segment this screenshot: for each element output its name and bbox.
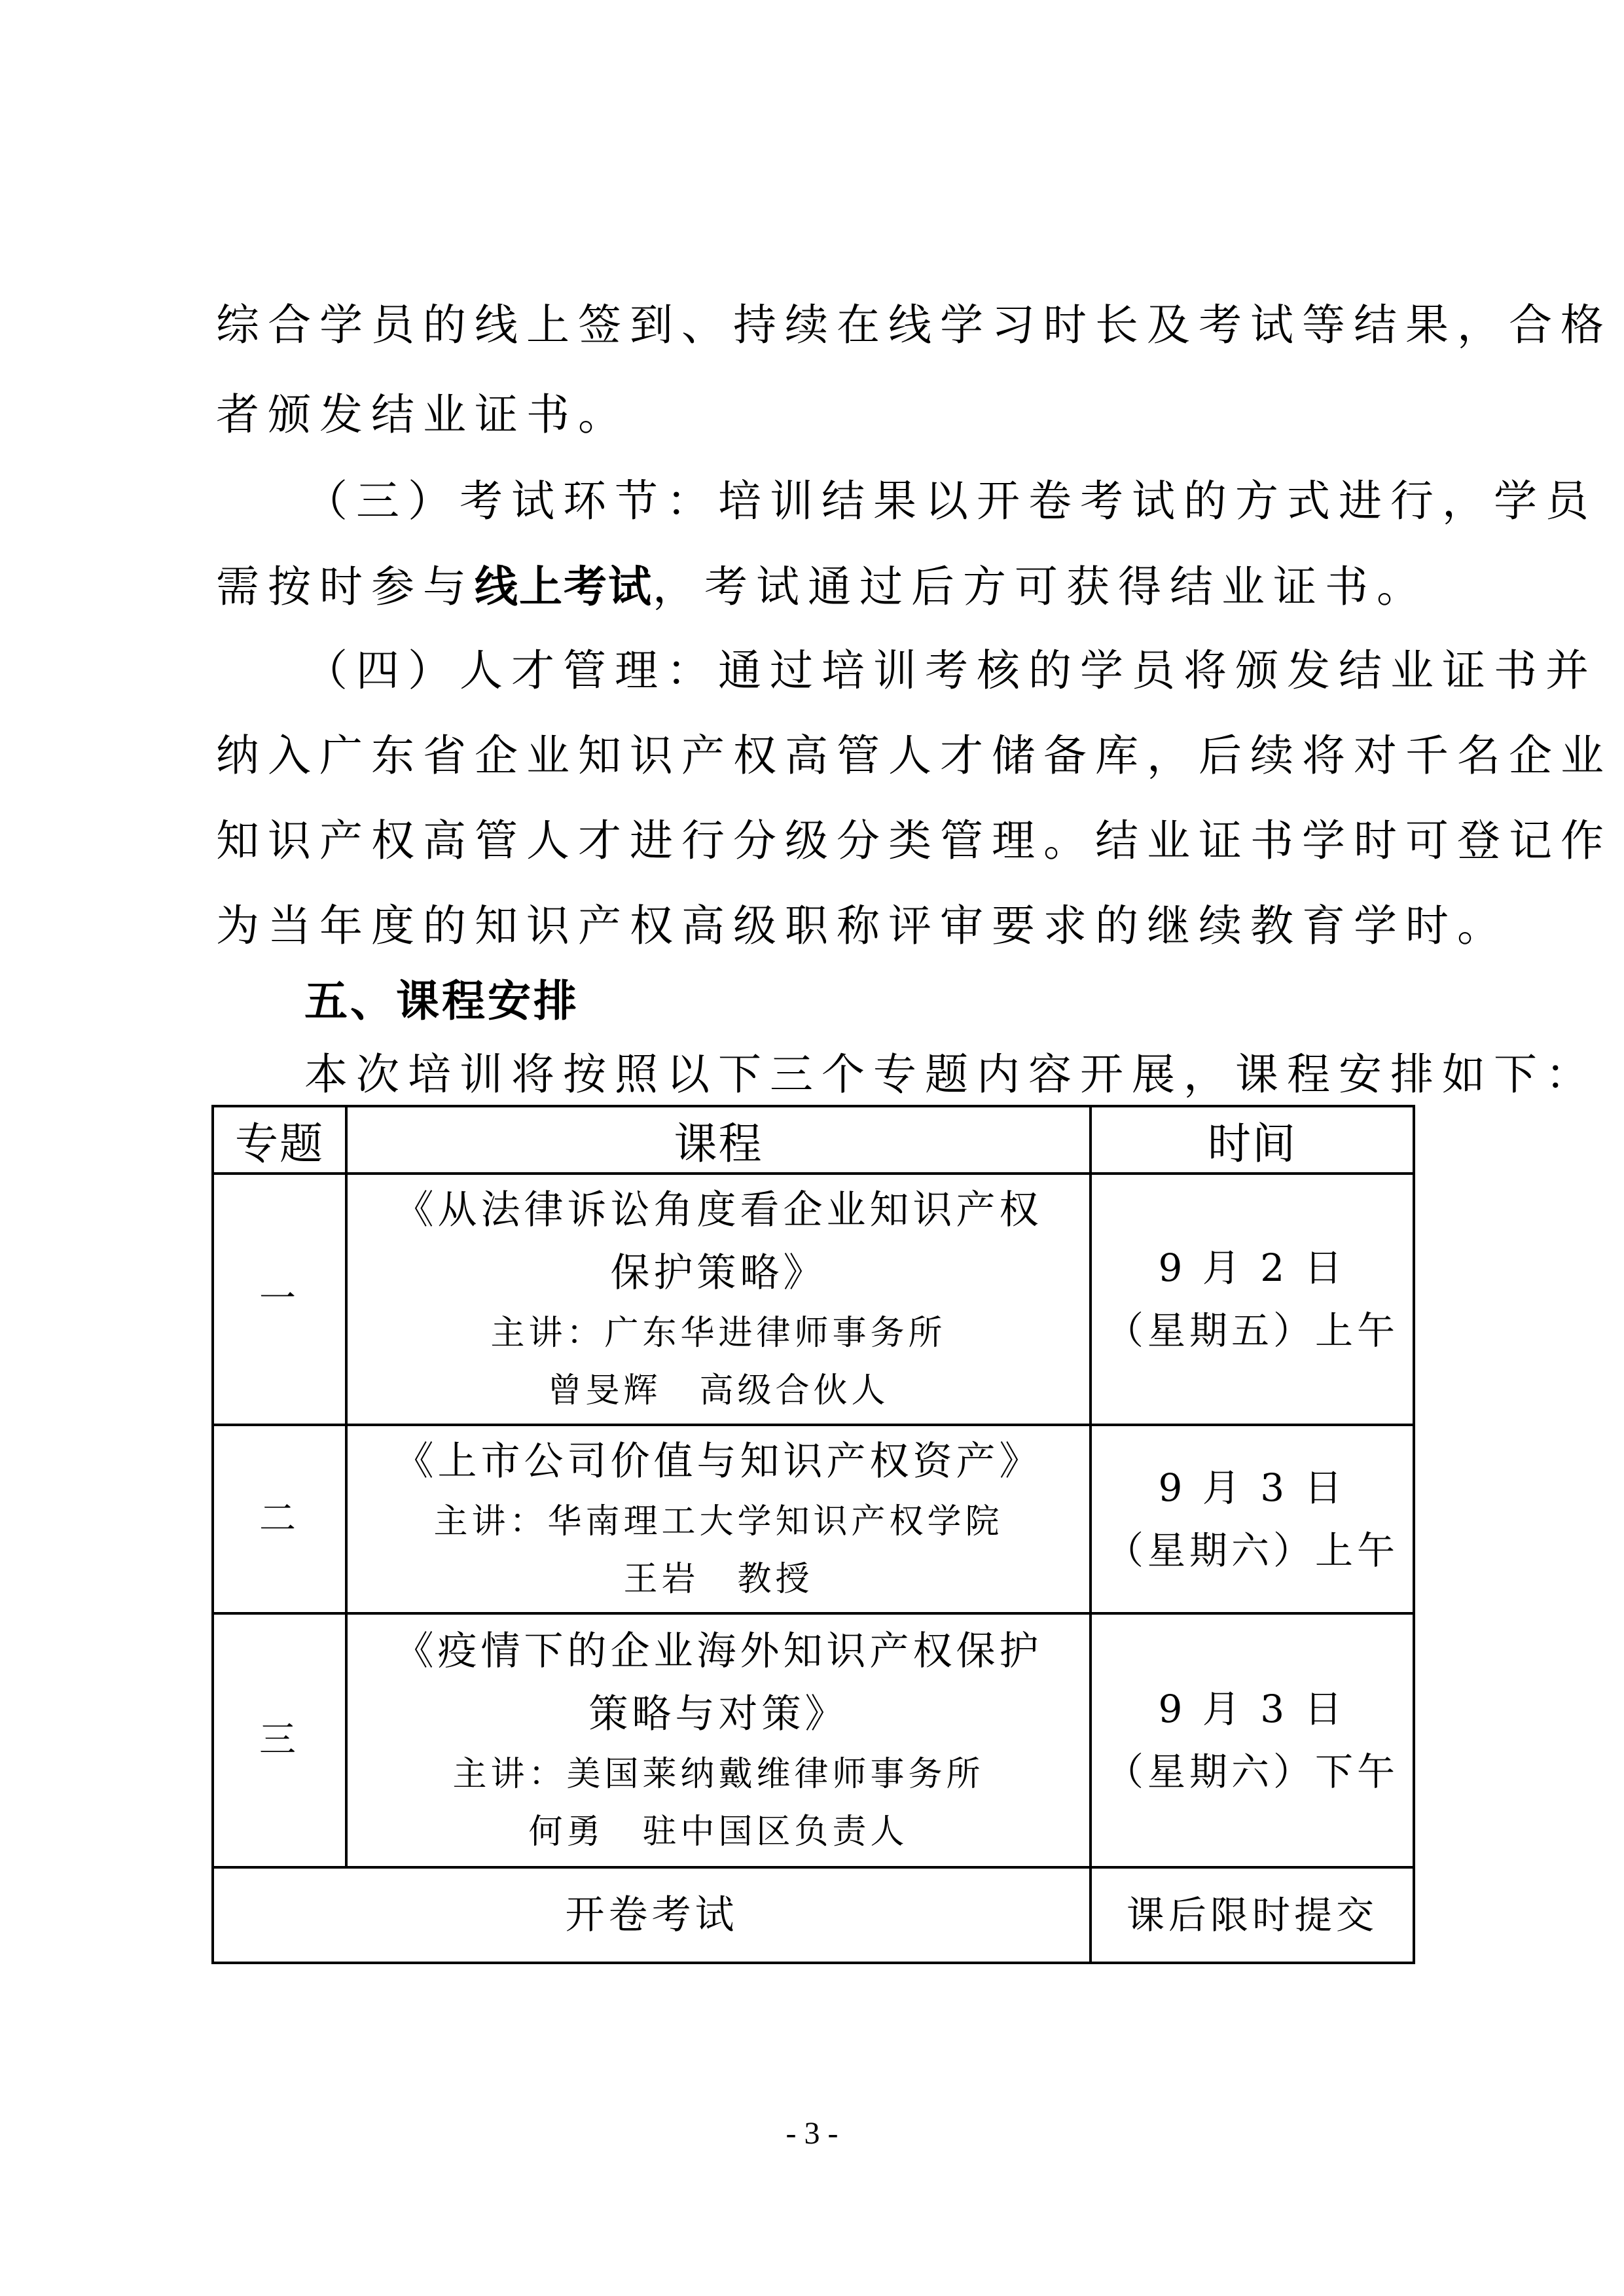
paragraph-line: 纳入广东省企业知识产权高管人才储备库，后续将对千名企业: [216, 730, 1612, 782]
time-cell: 9 月 2 日 （星期五）上午: [1091, 1174, 1414, 1425]
time-cell: 9 月 3 日 （星期六）下午: [1091, 1613, 1414, 1867]
course-title: 《疫情下的企业海外知识产权保护: [348, 1620, 1089, 1683]
header-topic: 专题: [213, 1106, 346, 1174]
course-speaker: 主讲：华南理工大学知识产权学院: [348, 1493, 1089, 1551]
course-date: 9 月 3 日: [1092, 1456, 1413, 1519]
course-session: （星期五）上午: [1092, 1299, 1413, 1362]
course-cell: 《从法律诉讼角度看企业知识产权 保护策略》 主讲：广东华进律师事务所 曾旻辉 高…: [346, 1174, 1091, 1425]
paragraph-text: ，考试通过后方可获得结业证书。: [653, 562, 1428, 612]
paragraph-line: 需按时参与线上考试，考试通过后方可获得结业证书。: [216, 561, 1428, 613]
page-number: - 3 -: [0, 2115, 1624, 2151]
course-cell: 《疫情下的企业海外知识产权保护 策略与对策》 主讲：美国莱纳戴维律师事务所 何勇…: [346, 1613, 1091, 1867]
paragraph-line: 为当年度的知识产权高级职称评审要求的继续教育学时。: [216, 900, 1509, 952]
course-cell: 《上市公司价值与知识产权资产》 主讲：华南理工大学知识产权学院 王岩 教授: [346, 1425, 1091, 1613]
table-footer-row: 开卷考试 课后限时提交: [213, 1867, 1414, 1963]
course-session: （星期六）下午: [1092, 1740, 1413, 1803]
course-speaker: 主讲：广东华进律师事务所: [348, 1304, 1089, 1362]
course-title: 《从法律诉讼角度看企业知识产权: [348, 1179, 1089, 1242]
table-row: 三 《疫情下的企业海外知识产权保护 策略与对策》 主讲：美国莱纳戴维律师事务所 …: [213, 1613, 1414, 1867]
paragraph-line: （四）人才管理：通过培训考核的学员将颁发结业证书并: [304, 645, 1597, 697]
course-session: （星期六）上午: [1092, 1519, 1413, 1582]
course-date: 9 月 2 日: [1092, 1236, 1413, 1299]
time-cell: 9 月 3 日 （星期六）上午: [1091, 1425, 1414, 1613]
intro-text: 本次培训将按照以下三个专题内容开展，课程安排如下：: [304, 1049, 1597, 1101]
paragraph-line: 者颁发结业证书。: [216, 389, 630, 441]
course-speaker: 曾旻辉 高级合伙人: [348, 1362, 1089, 1420]
course-speaker: 王岩 教授: [348, 1551, 1089, 1608]
course-date: 9 月 3 日: [1092, 1677, 1413, 1740]
exam-label-cell: 开卷考试: [213, 1867, 1091, 1963]
paragraph-line: （三）考试环节：培训结果以开卷考试的方式进行，学员: [304, 475, 1597, 528]
course-title: 保护策略》: [348, 1242, 1089, 1304]
table-row: 二 《上市公司价值与知识产权资产》 主讲：华南理工大学知识产权学院 王岩 教授 …: [213, 1425, 1414, 1613]
header-time: 时间: [1091, 1106, 1414, 1174]
section-heading: 五、课程安排: [304, 975, 579, 1028]
header-course: 课程: [346, 1106, 1091, 1174]
course-title: 《上市公司价值与知识产权资产》: [348, 1430, 1089, 1493]
course-speaker: 主讲：美国莱纳戴维律师事务所: [348, 1746, 1089, 1803]
table-row: 一 《从法律诉讼角度看企业知识产权 保护策略》 主讲：广东华进律师事务所 曾旻辉…: [213, 1174, 1414, 1425]
topic-cell: 二: [213, 1425, 346, 1613]
topic-cell: 一: [213, 1174, 346, 1425]
paragraph-text: 需按时参与: [216, 562, 475, 612]
paragraph-line: 综合学员的线上签到、持续在线学习时长及考试等结果，合格: [216, 299, 1612, 351]
paragraph-line: 知识产权高管人才进行分级分类管理。结业证书学时可登记作: [216, 815, 1612, 867]
course-schedule-table: 专题 课程 时间 一 《从法律诉讼角度看企业知识产权 保护策略》 主讲：广东华进…: [211, 1105, 1415, 1964]
topic-cell: 三: [213, 1613, 346, 1867]
course-title: 策略与对策》: [348, 1683, 1089, 1746]
emphasis-text: 线上考试: [475, 562, 653, 612]
exam-time-cell: 课后限时提交: [1091, 1867, 1414, 1963]
course-speaker: 何勇 驻中国区负责人: [348, 1803, 1089, 1861]
table-header-row: 专题 课程 时间: [213, 1106, 1414, 1174]
